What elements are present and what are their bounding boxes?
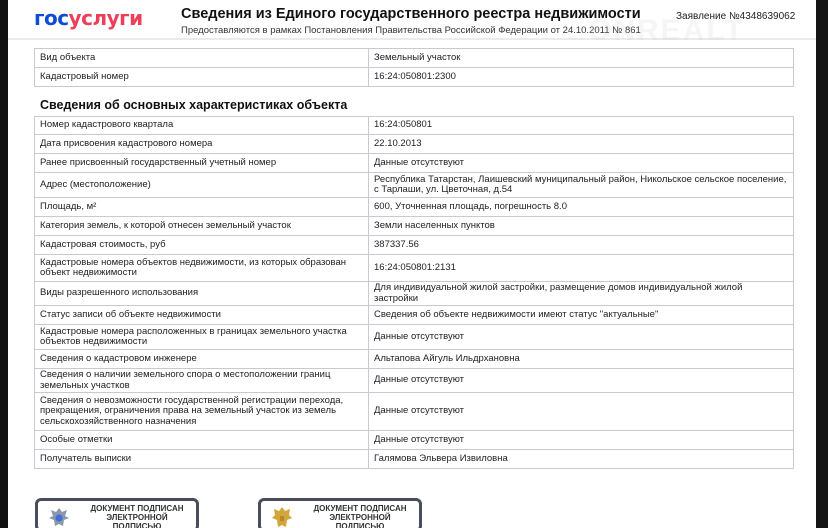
field-label: Статус записи об объекте недвижимости bbox=[35, 306, 369, 325]
field-value: 16:24:050801:2131 bbox=[369, 255, 794, 282]
document-page: госуслуги Сведения из Единого государств… bbox=[8, 0, 816, 528]
document-subtitle: Предоставляются в рамках Постановления П… bbox=[181, 25, 641, 36]
field-label: Адрес (местоположение) bbox=[35, 173, 369, 198]
table-row: Категория земель, к которой отнесен земе… bbox=[35, 217, 794, 236]
field-value: Сведения об объекте недвижимости имеют с… bbox=[369, 306, 794, 325]
field-label: Получатель выписки bbox=[35, 450, 369, 469]
table-row: Кадастровые номера объектов недвижимости… bbox=[35, 255, 794, 282]
field-label: Сведения о наличии земельного спора о ме… bbox=[35, 369, 369, 393]
table-row: Кадастровый номер16:24:050801:2300 bbox=[35, 68, 794, 87]
field-value: Альтапова Айгуль Ильдрхановна bbox=[369, 350, 794, 369]
screen-edge bbox=[816, 0, 828, 528]
table-row: Кадастровая стоимость, руб387337.56 bbox=[35, 236, 794, 255]
table-row: Номер кадастрового квартала16:24:050801 bbox=[35, 117, 794, 135]
e-signature-stamp-coat-of-arms: ДОКУМЕНТ ПОДПИСАН ЭЛЕКТРОННОЙ ПОДПИСЬЮ bbox=[258, 498, 422, 528]
field-value: 600, Уточненная площадь, погрешность 8.0 bbox=[369, 198, 794, 217]
rosreestr-eagle-icon bbox=[48, 505, 70, 528]
field-value: 16:24:050801 bbox=[369, 117, 794, 135]
field-label: Площадь, м² bbox=[35, 198, 369, 217]
field-label: Вид объекта bbox=[35, 49, 369, 68]
logo-part-uslugi: услуги bbox=[69, 6, 143, 30]
gosuslugi-logo: госуслуги bbox=[34, 6, 143, 30]
field-value: Данные отсутствуют bbox=[369, 154, 794, 173]
field-value: Данные отсутствуют bbox=[369, 325, 794, 350]
field-label: Сведения о невозможности государственной… bbox=[35, 393, 369, 431]
field-value: Для индивидуальной жилой застройки, разм… bbox=[369, 282, 794, 306]
field-label: Кадастровый номер bbox=[35, 68, 369, 87]
table-row: Сведения о невозможности государственной… bbox=[35, 393, 794, 431]
characteristics-table: Номер кадастрового квартала16:24:050801Д… bbox=[34, 116, 794, 469]
field-label: Виды разрешенного использования bbox=[35, 282, 369, 306]
document-title: Сведения из Единого государственного рее… bbox=[181, 6, 641, 22]
logo-part-gos: гос bbox=[34, 6, 69, 30]
table-row: Особые отметкиДанные отсутствуют bbox=[35, 431, 794, 450]
field-value: 387337.56 bbox=[369, 236, 794, 255]
field-value: Земельный участок bbox=[369, 49, 794, 68]
field-value: Данные отсутствуют bbox=[369, 393, 794, 431]
field-label: Категория земель, к которой отнесен земе… bbox=[35, 217, 369, 236]
field-label: Кадастровые номера расположенных в грани… bbox=[35, 325, 369, 350]
document-header: госуслуги Сведения из Единого государств… bbox=[8, 0, 816, 40]
field-label: Ранее присвоенный государственный учетны… bbox=[35, 154, 369, 173]
application-number: Заявление №4348639062 bbox=[676, 11, 795, 22]
field-label: Особые отметки bbox=[35, 431, 369, 450]
field-value: 16:24:050801:2300 bbox=[369, 68, 794, 87]
table-row: Площадь, м²600, Уточненная площадь, погр… bbox=[35, 198, 794, 217]
field-value: Данные отсутствуют bbox=[369, 431, 794, 450]
field-value: Галямова Эльвера Извиловна bbox=[369, 450, 794, 469]
table-row: Адрес (местоположение)Республика Татарст… bbox=[35, 173, 794, 198]
field-value: Республика Татарстан, Лаишевский муницип… bbox=[369, 173, 794, 198]
stamp-text: ДОКУМЕНТ ПОДПИСАН ЭЛЕКТРОННОЙ ПОДПИСЬЮ bbox=[305, 504, 415, 528]
table-row: Ранее присвоенный государственный учетны… bbox=[35, 154, 794, 173]
table-row: Получатель выпискиГалямова Эльвера Извил… bbox=[35, 450, 794, 469]
field-label: Кадастровая стоимость, руб bbox=[35, 236, 369, 255]
field-value: 22.10.2013 bbox=[369, 135, 794, 154]
field-label: Дата присвоения кадастрового номера bbox=[35, 135, 369, 154]
field-value: Земли населенных пунктов bbox=[369, 217, 794, 236]
table-row: Кадастровые номера расположенных в грани… bbox=[35, 325, 794, 350]
stamp-text: ДОКУМЕНТ ПОДПИСАН ЭЛЕКТРОННОЙ ПОДПИСЬЮ bbox=[82, 504, 192, 528]
field-label: Сведения о кадастровом инженере bbox=[35, 350, 369, 369]
field-value: Данные отсутствуют bbox=[369, 369, 794, 393]
object-info-table: Вид объектаЗемельный участокКадастровый … bbox=[34, 48, 794, 87]
russia-coat-of-arms-icon bbox=[271, 505, 293, 528]
field-label: Номер кадастрового квартала bbox=[35, 117, 369, 135]
table-row: Дата присвоения кадастрового номера22.10… bbox=[35, 135, 794, 154]
e-signature-stamp-rosreestr: ДОКУМЕНТ ПОДПИСАН ЭЛЕКТРОННОЙ ПОДПИСЬЮ bbox=[35, 498, 199, 528]
table-row: Вид объектаЗемельный участок bbox=[35, 49, 794, 68]
table-row: Статус записи об объекте недвижимостиСве… bbox=[35, 306, 794, 325]
table-row: Виды разрешенного использованияДля индив… bbox=[35, 282, 794, 306]
table-row: Сведения о кадастровом инженереАльтапова… bbox=[35, 350, 794, 369]
table-row: Сведения о наличии земельного спора о ме… bbox=[35, 369, 794, 393]
field-label: Кадастровые номера объектов недвижимости… bbox=[35, 255, 369, 282]
section-title: Сведения об основных характеристиках объ… bbox=[40, 98, 347, 112]
